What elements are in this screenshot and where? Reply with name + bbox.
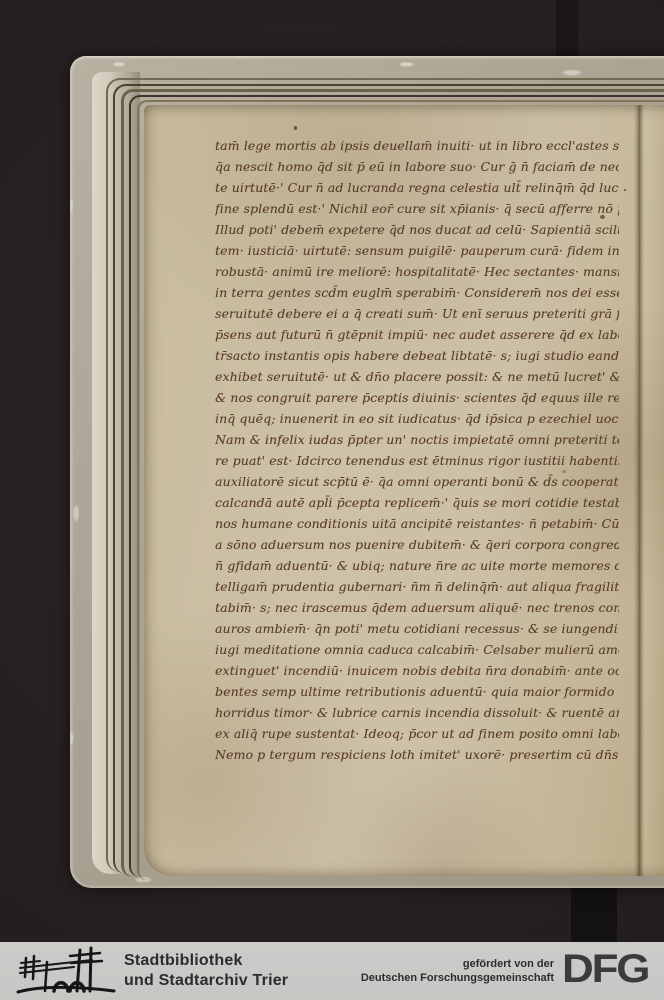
manuscript-line: re puat' est· Idcirco tenendus est ētmin… xyxy=(215,450,619,471)
manuscript-line: in terra gentes scd̄m euglm̄ sperabim̄· … xyxy=(215,282,619,303)
manuscript-line: te uirtutē·' Cur n̄ ad lucranda regna ce… xyxy=(215,177,619,198)
porta-nigra-logo-icon xyxy=(14,944,118,998)
flyleaf-edge xyxy=(92,72,140,874)
manuscript-line: Nam & infelix iudas p̄pter un' noctis im… xyxy=(215,429,619,450)
manuscript-line: fine splendū est·' Nichil eor̄ cure sit … xyxy=(215,198,619,219)
library-name-line2: und Stadtarchiv Trier xyxy=(124,971,288,991)
manuscript-line: extinguet' incendiū· inuicem nobis debit… xyxy=(215,660,619,681)
library-name: Stadtbibliothek und Stadtarchiv Trier xyxy=(124,951,288,991)
manuscript-line: a sōno aduersum nos puenire dubitem̄· & … xyxy=(215,534,619,555)
manuscript-line: p̄sens aut futurū n̄ gtēpnit impiū· nec … xyxy=(215,324,619,345)
manuscript-line: iugi meditatione omnia caduca calcabim̄·… xyxy=(215,639,619,660)
manuscript-page: tam̄ lege mortis ab ipsis deuellam̄ inui… xyxy=(144,105,664,876)
manuscript-line: exhibet seruitutē· ut & dn̄o placere pos… xyxy=(215,366,619,387)
manuscript-line: & nos congruit parere p̄ceptis diuinis· … xyxy=(215,387,619,408)
photo-stage: tam̄ lege mortis ab ipsis deuellam̄ inui… xyxy=(0,0,664,942)
manuscript-line: auxiliatorē sicut scp̄tū ē· q̄a omni ope… xyxy=(215,471,619,492)
funding-line2: Deutschen Forschungsgemeinschaft xyxy=(361,971,554,985)
manuscript-text-block: tam̄ lege mortis ab ipsis deuellam̄ inui… xyxy=(215,135,619,765)
manuscript-line: q̄a nescit homo q̄d sit p̄ eū in labore … xyxy=(215,156,619,177)
manuscript-line: inq̄ quēq; inuenerit in eo sit iudicatus… xyxy=(215,408,619,429)
funding-line1: gefördert von der xyxy=(361,957,554,971)
manuscript-line: tem· iusticiā· uirtutē: sensum puigilē· … xyxy=(215,240,619,261)
ink-speck xyxy=(624,189,626,191)
manuscript-line: nos humane conditionis uitā ancipitē rei… xyxy=(215,513,619,534)
manuscript-line: seruitutē debere ei a q̄ creati sum̄· Ut… xyxy=(215,303,619,324)
dfg-logo: DFG xyxy=(562,949,664,989)
footer-bar: Stadtbibliothek und Stadtarchiv Trier ge… xyxy=(0,942,664,1000)
library-name-line1: Stadtbibliothek xyxy=(124,951,288,971)
manuscript-line: Nemo p tergum respiciens loth imitet' ux… xyxy=(215,744,619,765)
manuscript-line: Illud poti' debem̄ expetere q̄d nos duca… xyxy=(215,219,619,240)
manuscript-line: tr̄sacto instantis opis habere debeat li… xyxy=(215,345,619,366)
manuscript-line: horridus timor· & lubrice carnis incendi… xyxy=(215,702,619,723)
manuscript-line: robustā· animū ire meliorē: hospitalitat… xyxy=(215,261,619,282)
gutter-crease xyxy=(634,105,644,876)
manuscript-line: telligam̄ prudentia gubernari· n̄m n̄ de… xyxy=(215,576,619,597)
ink-speck xyxy=(294,126,297,130)
manuscript-line: calcandā autē apl̄i p̄cepta replicem̄·' … xyxy=(215,492,619,513)
manuscript-line: auros ambiem̄· q̄n poti' metu cotidiani … xyxy=(215,618,619,639)
manuscript-line: bentes semp ultime retributionis aduentū… xyxy=(215,681,619,702)
manuscript-line: n̄ gfidam̄ aduentū· & ubiq; nature n̄re … xyxy=(215,555,619,576)
funding-credit: gefördert von der Deutschen Forschungsge… xyxy=(361,957,554,985)
manuscript-line: tam̄ lege mortis ab ipsis deuellam̄ inui… xyxy=(215,135,619,156)
manuscript-line: tabim̄· s; nec irascemus q̄dem aduersum … xyxy=(215,597,619,618)
manuscript-line: ex aliq̄ rupe sustentat· Ideoq; p̄cor ut… xyxy=(215,723,619,744)
